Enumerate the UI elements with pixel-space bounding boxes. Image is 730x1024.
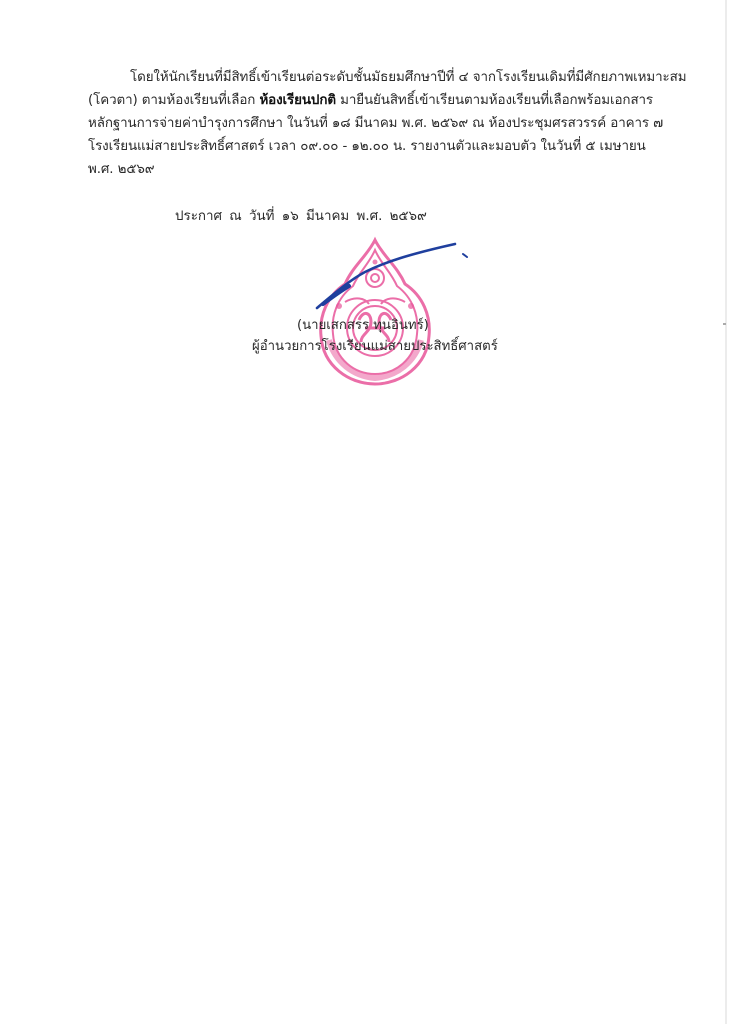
scan-mark [723, 323, 726, 325]
announcement-date: ประกาศ ณ วันที่ ๑๖ มีนาคม พ.ศ. ๒๕๖๙ [175, 205, 427, 226]
signer-title: ผู้อำนวยการโรงเรียนแม่สายประสิทธิ์ศาสตร์ [252, 335, 498, 356]
paragraph-line-3: หลักฐานการจ่ายค่าบำรุงการศึกษา ในวันที่ … [88, 112, 648, 135]
paragraph-text: มายืนยันสิทธิ์เข้าเรียนตามห้องเรียนที่เล… [340, 93, 653, 108]
emphasis-regular-class: ห้องเรียนปกติ [259, 93, 335, 108]
paragraph-line-1: โดยให้นักเรียนที่มีสิทธิ์เข้าเรียนต่อระด… [88, 66, 648, 89]
page-edge [725, 0, 727, 1024]
handwritten-signature-icon [305, 238, 475, 318]
signer-name: (นายเสกสรร ทุนอินทร์) [297, 314, 429, 335]
paragraph-line-5: พ.ศ. ๒๕๖๙ [88, 158, 648, 181]
paragraph-text: (โควตา) ตามห้องเรียนที่เลือก [88, 93, 255, 108]
body-paragraph: โดยให้นักเรียนที่มีสิทธิ์เข้าเรียนต่อระด… [88, 66, 648, 181]
paragraph-line-4: โรงเรียนแม่สายประสิทธิ์ศาสตร์ เวลา ๐๙.๐๐… [88, 135, 648, 158]
paragraph-line-2: (โควตา) ตามห้องเรียนที่เลือก ห้องเรียนปก… [88, 89, 648, 112]
